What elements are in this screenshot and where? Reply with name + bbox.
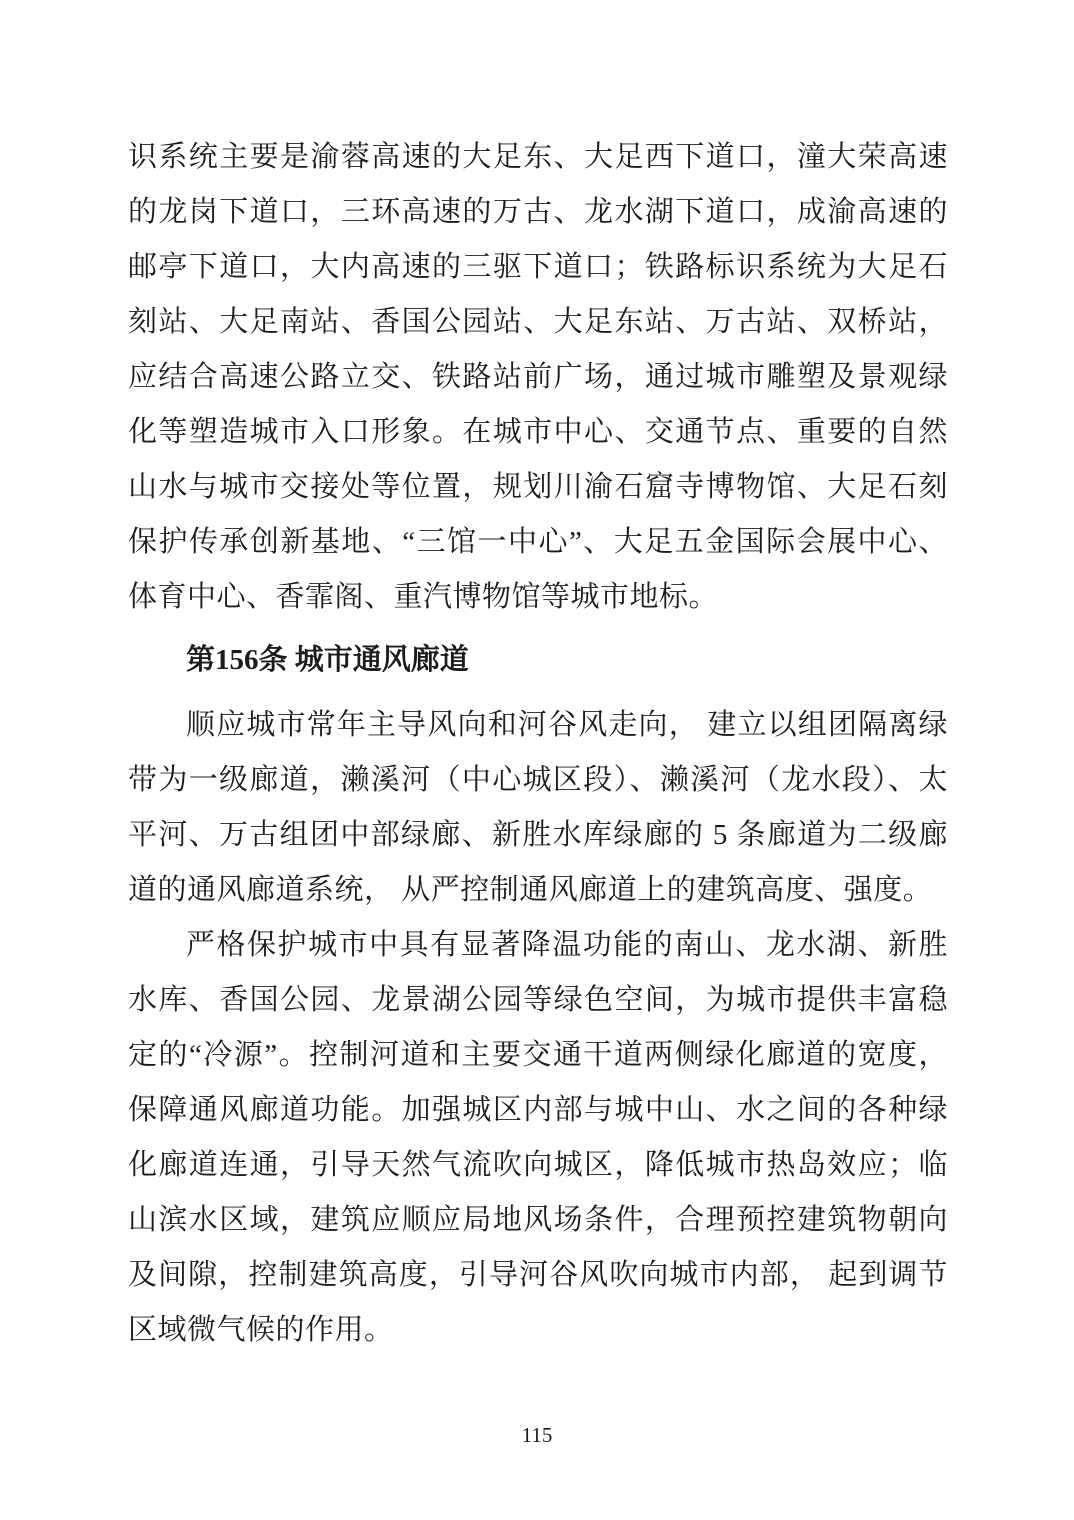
page-number: 115 (0, 1422, 1074, 1448)
document-page: 识系统主要是渝蓉高速的大足东、大足西下道口，潼大荣高速的龙岗下道口，三环高速的万… (0, 0, 1074, 1520)
paragraph-continuation-city-landmarks: 识系统主要是渝蓉高速的大足东、大足西下道口，潼大荣高速的龙岗下道口，三环高速的万… (128, 130, 948, 625)
paragraph-ventilation-corridor-system: 顺应城市常年主导风向和河谷风走向， 建立以组团隔离绿带为一级廊道，濑溪河（中心城… (128, 698, 948, 918)
paragraph-cooling-green-space-protection: 严格保护城市中具有显著降温功能的南山、龙水湖、新胜水库、香国公园、龙景湖公园等绿… (128, 918, 948, 1358)
document-body: 识系统主要是渝蓉高速的大足东、大足西下道口，潼大荣高速的龙岗下道口，三环高速的万… (128, 130, 948, 1358)
section-heading-article-156: 第156条 城市通风廊道 (128, 633, 948, 688)
